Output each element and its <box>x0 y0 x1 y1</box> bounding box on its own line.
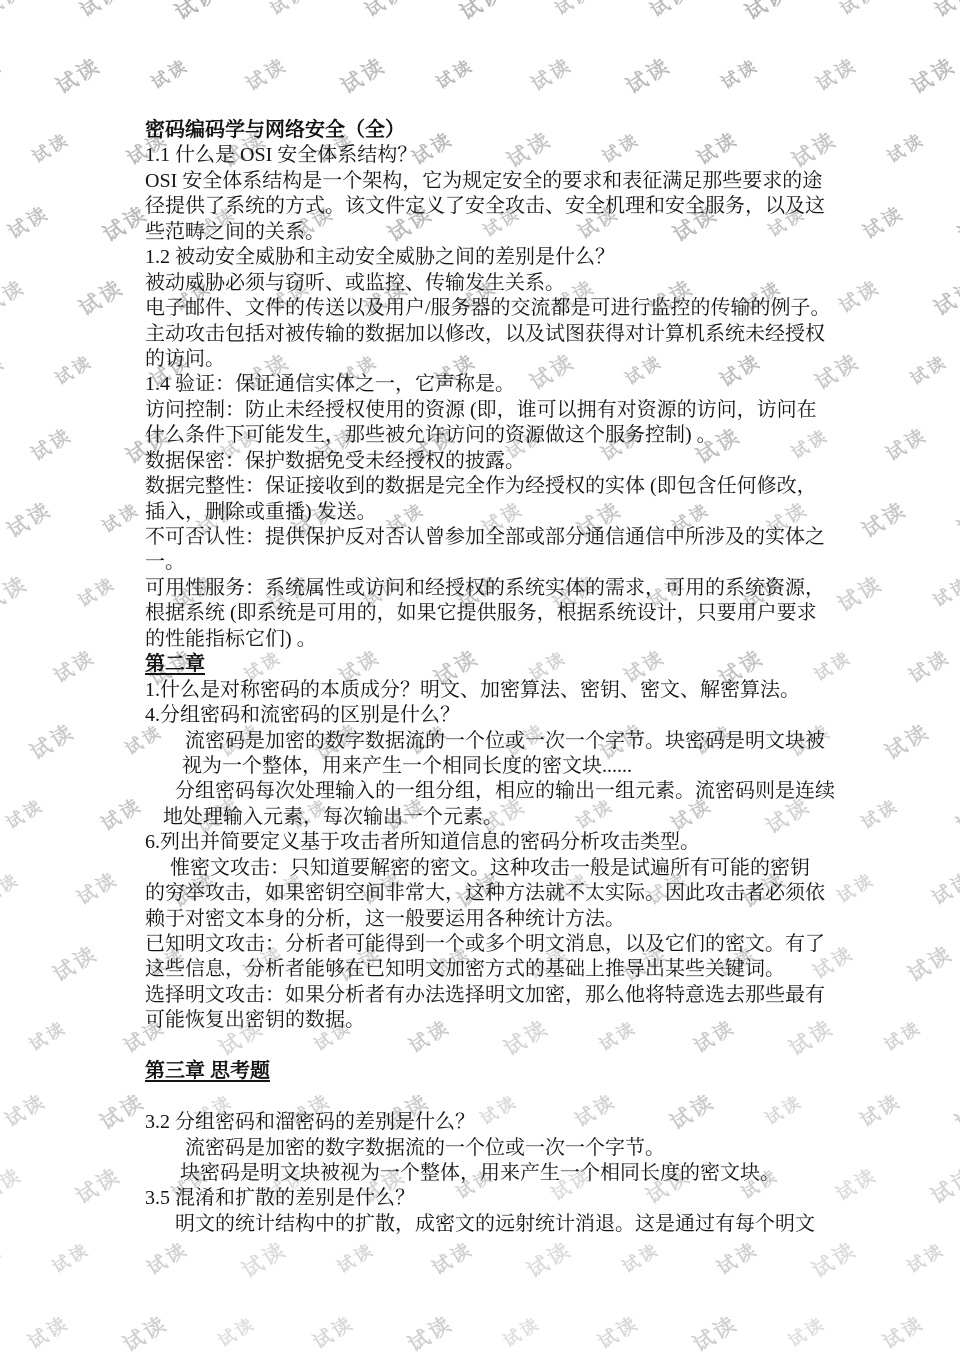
watermark-text: 试读 <box>0 0 27 20</box>
watermark-text: 试读 <box>687 1308 744 1357</box>
watermark-text: 试读 <box>71 864 123 910</box>
watermark-text: 试读 <box>904 347 951 389</box>
watermark-text: 试读 <box>901 1235 948 1277</box>
text-line: 1.2 被动安全威胁和主动安全威胁之间的差别是什么？ <box>145 245 855 270</box>
text-line: 的性能指标它们) 。 <box>145 627 855 652</box>
text-line: 数据完整性：保证接收到的数据是完全作为经授权的实体 (即包含任何修改， <box>145 474 855 499</box>
document-content: 密码编码学与网络安全（全）1.1 什么是 OSI 安全体系结构？OSI 安全体系… <box>145 118 855 1237</box>
watermark-text: 试读 <box>0 272 30 318</box>
text-line: 视为一个整体，用来产生一个相同长度的密文块...... <box>145 754 855 779</box>
watermark-text: 试读 <box>715 51 762 93</box>
watermark-text: 试读 <box>0 50 7 96</box>
line-text: 视为一个整体，用来产生一个相同长度的密文块...... <box>182 755 632 777</box>
line-text: 的穷举攻击，如果密钥空间非常大，这种方法就不太实际。因此攻击者必须依 <box>145 882 825 904</box>
line-text: 一。 <box>145 551 185 573</box>
line-text: 密码编码学与网络安全（全） <box>145 119 405 141</box>
line-text: 可用性服务：系统属性或访问和经授权的系统实体的需求，可用的系统资源， <box>145 577 825 599</box>
text-line: 根据系统 (即系统是可用的，如果它提供服务，根据系统设计，只要用户要求 <box>145 601 855 626</box>
line-text: 第二章 <box>145 653 205 675</box>
line-text: 这些信息，分析者能够在已知明文加密方式的基础上推导出某些关键词。 <box>145 958 785 980</box>
watermark-text: 试读 <box>74 0 126 23</box>
text-line: 流密码是加密的数字数据流的一个位或一次一个字节。 <box>145 1136 855 1161</box>
watermark-text: 试读 <box>49 347 96 389</box>
text-line: 主动攻击包括对被传输的数据加以修改，以及试图获得对计算机系统未经授权 <box>145 322 855 347</box>
text-line: 4.分组密码和流密码的区别是什么？ <box>145 703 855 728</box>
line-text: 电子邮件、文件的传送以及用户/服务器的交流都是可进行监控的传输的例子。 <box>145 297 831 319</box>
watermark-text: 试读 <box>2 198 54 244</box>
line-text: 4.分组密码和流密码的区别是什么？ <box>145 704 460 726</box>
watermark-text: 试读 <box>0 938 4 984</box>
watermark-text: 试读 <box>212 1309 259 1351</box>
line-text: 选择明文攻击：如果分析者有办法选择明文加密，那么他将特意选去那些最有 <box>145 984 825 1006</box>
text-line: 明文的统计结构中的扩散，成密文的远射统计消退。这是通过有每个明文 <box>145 1212 855 1237</box>
line-text: 明文的统计结构中的扩散，成密文的远射统计消退。这是通过有每个明文 <box>175 1213 815 1235</box>
watermark-text: 试读 <box>402 1308 459 1357</box>
watermark-text: 试读 <box>0 568 33 619</box>
watermark-text: 试读 <box>0 643 1 685</box>
watermark-text: 试读 <box>23 1013 70 1055</box>
watermark-text: 试读 <box>856 494 913 545</box>
line-text: 数据保密：保护数据免受未经授权的披露。 <box>145 450 525 472</box>
watermark-text: 试读 <box>50 50 107 101</box>
text-line: 被动威胁必须与窃听、或监控、传输发生关系。 <box>145 271 855 296</box>
watermark-text: 试读 <box>497 1309 544 1351</box>
text-line: 些范畴之间的关系。 <box>145 220 855 245</box>
line-text: 1.1 什么是 OSI 安全体系结构？ <box>145 144 417 166</box>
line-text: 流密码是加密的数字数据流的一个位或一次一个字节。块密码是明文块被 <box>185 730 825 752</box>
text-line: 可能恢复出密钥的数据。 <box>145 1008 855 1033</box>
watermark-text: 试读 <box>925 1160 960 1211</box>
watermark-text: 试读 <box>70 1160 127 1211</box>
watermark-text: 试读 <box>0 1086 51 1132</box>
watermark-text: 试读 <box>854 1086 906 1132</box>
line-text: 分组密码每次处理输入的一组分组，相应的输出一组元素。流密码则是连续 <box>175 780 835 802</box>
watermark-text: 试读 <box>359 0 411 23</box>
line-text: 6.列出并简要定义基于攻击者所知道信息的密码分析攻击类型。 <box>145 831 700 853</box>
watermark-text: 试读 <box>73 272 130 323</box>
watermark-text: 试读 <box>426 1234 478 1280</box>
watermark-text: 试读 <box>307 1308 359 1354</box>
watermark-text: 试读 <box>881 125 928 167</box>
watermark-text: 试读 <box>739 0 796 26</box>
watermark-text: 试读 <box>810 50 862 96</box>
text-line: 插入，删除或重播) 发送。 <box>145 500 855 525</box>
watermark-text: 试读 <box>951 495 960 537</box>
line-text: 被动威胁必须与窃听、或监控、传输发生关系。 <box>145 272 565 294</box>
watermark-text: 试读 <box>26 125 73 167</box>
watermark-text: 试读 <box>834 0 881 20</box>
watermark-text: 试读 <box>592 1308 644 1354</box>
watermark-text: 试读 <box>95 790 147 836</box>
text-line: 的访问。 <box>145 347 855 372</box>
line-text: 什么条件下可能发生，那些被允许访问的资源做这个服务控制) 。 <box>145 424 717 446</box>
section-heading-chapter2: 第二章 <box>145 652 855 677</box>
line-text: 主动攻击包括对被传输的数据加以修改，以及试图获得对计算机系统未经授权 <box>145 323 825 345</box>
watermark-text: 试读 <box>430 51 477 93</box>
watermark-text: 试读 <box>94 1086 151 1137</box>
text-line: 什么条件下可能发生，那些被允许访问的资源做这个服务控制) 。 <box>145 423 855 448</box>
watermark-text: 试读 <box>0 791 47 833</box>
watermark-text: 试读 <box>0 1160 27 1206</box>
text-line: 数据保密：保护数据免受未经授权的披露。 <box>145 449 855 474</box>
line-text: 1.什么是对称密码的本质成分？明文、加密算法、密钥、密文、解密算法。 <box>145 679 800 701</box>
watermark-text: 试读 <box>47 938 104 989</box>
line-text: 赖于对密文本身的分析，这一般要运用各种统计方法。 <box>145 908 625 930</box>
line-text: 流密码是加密的数字数据流的一个位或一次一个字节。 <box>185 1137 665 1159</box>
watermark-text: 试读 <box>236 1234 293 1285</box>
text-line: 径提供了系统的方式。该文件定义了安全攻击、安全机理和安全服务，以及这 <box>145 194 855 219</box>
text-line: 选择明文攻击：如果分析者有办法选择明文加密，那么他将特意选去那些最有 <box>145 983 855 1008</box>
watermark-text: 试读 <box>855 791 902 833</box>
text-line: OSI 安全体系结构是一个架构，它为规定安全的要求和表征满足那些要求的途 <box>145 169 855 194</box>
watermark-text: 试读 <box>616 1235 663 1277</box>
watermark-text: 试读 <box>117 1308 174 1357</box>
watermark-text: 试读 <box>25 420 77 466</box>
watermark-text: 试读 <box>0 865 24 907</box>
text-line: 已知明文攻击：分析者可能得到一个或多个明文消息，以及它们的密文。有了 <box>145 932 855 957</box>
section-heading-chapter3: 第三章 思考题 <box>145 1059 855 1084</box>
watermark-text: 试读 <box>950 790 960 836</box>
line-text: 块密码是明文块被视为一个整体，用来产生一个相同长度的密文块。 <box>180 1162 780 1184</box>
watermark-text: 试读 <box>952 198 960 249</box>
line-text: 些范畴之间的关系。 <box>145 221 325 243</box>
text-line: 块密码是明文块被视为一个整体，用来产生一个相同长度的密文块。 <box>145 1161 855 1186</box>
line-text: 不可否认性：提供保护反对否认曾参加全部或部分通信通信中所涉及的实体之 <box>145 526 825 548</box>
watermark-text: 试读 <box>549 0 596 20</box>
line-text: 插入，删除或重播) 发送。 <box>145 501 377 523</box>
line-text: 地处理输入元素，每次输出一个元素。 <box>163 806 503 828</box>
text-line: 1.4 验证：保证通信实体之一，它声称是。 <box>145 372 855 397</box>
watermark-text: 试读 <box>46 1235 93 1277</box>
watermark-text: 试读 <box>0 1234 7 1285</box>
text-line: 1.什么是对称密码的本质成分？明文、加密算法、密钥、密文、解密算法。 <box>145 678 855 703</box>
watermark-text: 试读 <box>240 50 292 96</box>
watermark-text: 试读 <box>525 50 577 96</box>
line-text: OSI 安全体系结构是一个架构，它为规定安全的要求和表征满足那些要求的途 <box>145 170 822 192</box>
text-line: 地处理输入元素，每次输出一个元素。 <box>145 805 855 830</box>
watermark-text: 试读 <box>24 716 81 767</box>
watermark-text: 试读 <box>927 569 960 611</box>
text-line: 3.2 分组密码和溜密码的差别是什么？ <box>145 1110 855 1135</box>
text-line: 一。 <box>145 550 855 575</box>
line-text: 的性能指标它们) 。 <box>145 628 317 650</box>
watermark-text: 试读 <box>902 938 959 989</box>
text-line: 不可否认性：提供保护反对否认曾参加全部或部分通信通信中所涉及的实体之 <box>145 525 855 550</box>
watermark-text: 试读 <box>926 864 960 910</box>
watermark-text: 试读 <box>331 1235 378 1277</box>
line-text: 3.2 分组密码和溜密码的差别是什么？ <box>145 1111 475 1133</box>
blank-line <box>145 1034 855 1059</box>
watermark-text: 试读 <box>48 642 100 688</box>
watermark-text: 试读 <box>880 420 932 466</box>
text-line: 惟密文攻击：只知道要解密的密文。这种攻击一般是试遍所有可能的密钥 <box>145 856 855 881</box>
watermark-text: 试读 <box>928 272 960 323</box>
watermark-text: 试读 <box>620 50 677 101</box>
blank-line <box>145 1085 855 1110</box>
text-line: 流密码是加密的数字数据流的一个位或一次一个字节。块密码是明文块被 <box>145 729 855 754</box>
watermark-text: 试读 <box>264 0 311 20</box>
watermark-text: 试读 <box>711 1234 763 1280</box>
text-line: 赖于对密文本身的分析，这一般要运用各种统计方法。 <box>145 907 855 932</box>
watermark-text: 试读 <box>644 0 696 23</box>
watermark-text: 试读 <box>878 1013 925 1055</box>
watermark-text: 试读 <box>141 1234 193 1280</box>
watermark-text: 试读 <box>903 642 955 688</box>
line-text: 数据完整性：保证接收到的数据是完全作为经授权的实体 (即包含任何修改， <box>145 475 817 497</box>
text-line: 访问控制：防止未经授权使用的资源 (即，谁可以拥有对资源的访问，访问在 <box>145 398 855 423</box>
line-text: 3.5 混淆和扩散的差别是什么？ <box>145 1187 415 1209</box>
text-line: 电子邮件、文件的传送以及用户/服务器的交流都是可进行监控的传输的例子。 <box>145 296 855 321</box>
line-text: 1.4 验证：保证通信实体之一，它声称是。 <box>145 373 515 395</box>
line-text: 1.2 被动安全威胁和主动安全威胁之间的差别是什么？ <box>145 246 615 268</box>
line-text: 的访问。 <box>145 348 225 370</box>
text-line: 1.1 什么是 OSI 安全体系结构？ <box>145 143 855 168</box>
watermark-text: 试读 <box>521 1234 578 1285</box>
watermark-text: 试读 <box>22 1308 74 1354</box>
watermark-text: 试读 <box>949 1086 960 1137</box>
watermark-text: 试读 <box>96 495 143 537</box>
watermark-text: 试读 <box>806 1234 863 1285</box>
watermark-text: 试读 <box>72 569 119 611</box>
line-text: 惟密文攻击：只知道要解密的密文。这种攻击一般是试遍所有可能的密钥 <box>170 857 810 879</box>
line-text: 根据系统 (即系统是可用的，如果它提供服务，根据系统设计，只要用户要求 <box>145 602 817 624</box>
watermark-text: 试读 <box>0 346 10 397</box>
text-line: 3.5 混淆和扩散的差别是什么？ <box>145 1186 855 1211</box>
watermark-text: 试读 <box>1 494 58 545</box>
line-text: 已知明文攻击：分析者可能得到一个或多个明文消息，以及它们的密文。有了 <box>145 933 825 955</box>
document-page: 试读试读试读试读试读试读试读试读试读试读试读试读试读试读试读试读试读试读试读试读… <box>0 0 960 1357</box>
watermark-text: 试读 <box>782 1309 829 1351</box>
text-line: 可用性服务：系统属性或访问和经授权的系统实体的需求，可用的系统资源， <box>145 576 855 601</box>
text-line: 6.列出并简要定义基于攻击者所知道信息的密码分析攻击类型。 <box>145 830 855 855</box>
watermark-text: 试读 <box>169 0 226 26</box>
line-text: 径提供了系统的方式。该文件定义了安全攻击、安全机理和安全服务，以及这 <box>145 195 825 217</box>
line-text: 可能恢复出密钥的数据。 <box>145 1009 365 1031</box>
line-text: 访问控制：防止未经授权使用的资源 (即，谁可以拥有对资源的访问，访问在 <box>145 399 817 421</box>
watermark-text: 试读 <box>879 716 936 767</box>
watermark-text: 试读 <box>877 1308 929 1354</box>
watermark-text: 试读 <box>929 0 960 23</box>
watermark-text: 试读 <box>454 0 511 26</box>
watermark-text: 试读 <box>335 50 392 101</box>
document-title: 密码编码学与网络安全（全） <box>145 118 855 143</box>
text-line: 分组密码每次处理输入的一组分组，相应的输出一组元素。流密码则是连续 <box>145 779 855 804</box>
watermark-text: 试读 <box>145 51 192 93</box>
watermark-text: 试读 <box>857 198 909 244</box>
line-text: 第三章 思考题 <box>145 1060 270 1082</box>
text-line: 这些信息，分析者能够在已知明文加密方式的基础上推导出某些关键词。 <box>145 957 855 982</box>
text-line: 的穷举攻击，如果密钥空间非常大，这种方法就不太实际。因此攻击者必须依 <box>145 881 855 906</box>
watermark-text: 试读 <box>905 50 960 101</box>
